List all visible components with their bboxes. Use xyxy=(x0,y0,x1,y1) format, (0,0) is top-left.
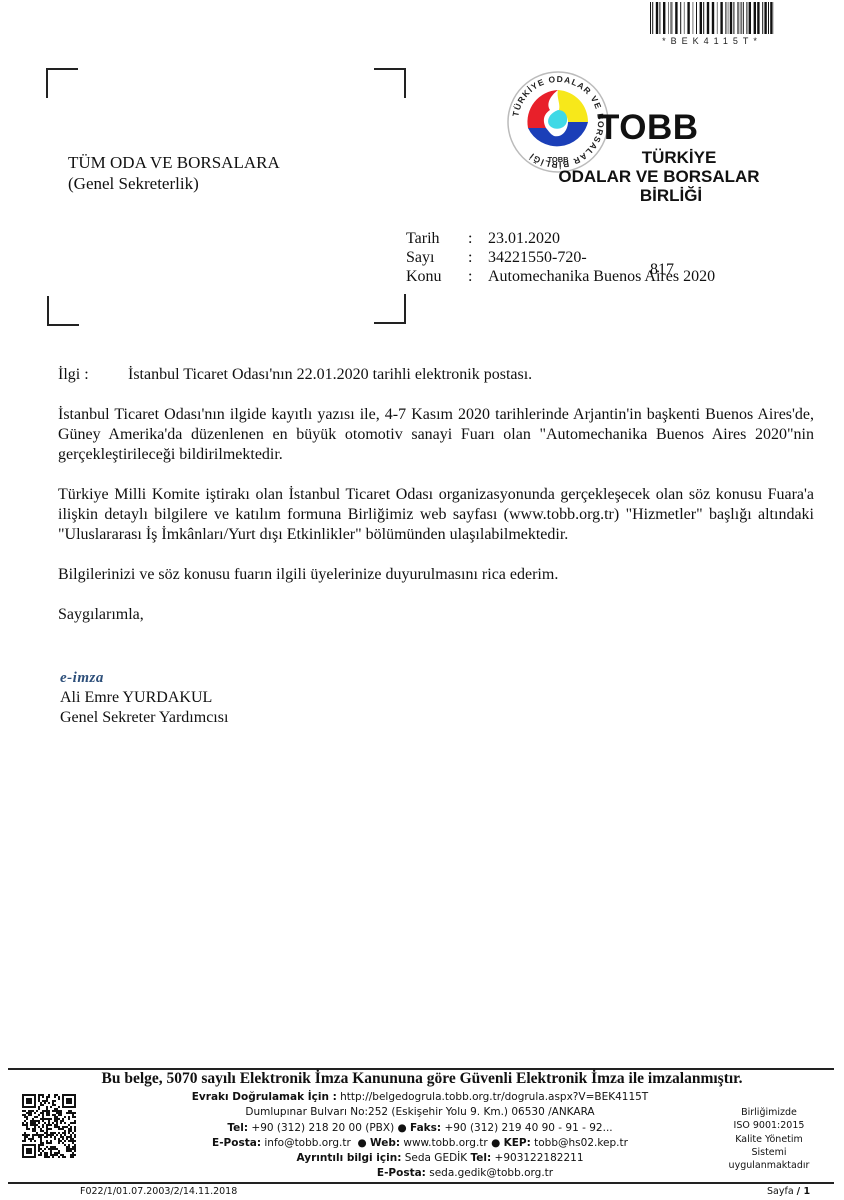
separator: : xyxy=(468,267,488,286)
subject-value: Automechanika Buenos Aires 2020 xyxy=(488,267,715,286)
footer-bottom-rule xyxy=(8,1182,834,1184)
subject-label: Konu xyxy=(406,267,468,286)
signatory-title: Genel Sekreter Yardımcısı xyxy=(60,708,228,728)
address-corner-top-right xyxy=(374,68,406,98)
organization-name-line1: TÜRKİYE xyxy=(544,148,774,167)
contact-line: Ayrıntılı bilgi için: Seda GEDİK Tel: +9… xyxy=(150,1151,690,1166)
number-value: 34221550-720- xyxy=(488,249,587,266)
reference-label: İlgi : xyxy=(58,365,128,385)
verify-line: Evrakı Doğrulamak İçin : http://belgedog… xyxy=(150,1090,690,1105)
contact-email-link[interactable]: seda.gedik@tobb.org.tr xyxy=(429,1167,553,1179)
web-link[interactable]: www.tobb.org.tr xyxy=(403,1137,487,1149)
logo-title: TOBB xyxy=(598,108,699,148)
footer-contact-block: Evrakı Doğrulamak İçin : http://belgedog… xyxy=(150,1090,690,1182)
recipient-department: (Genel Sekreterlik) xyxy=(68,173,280,194)
separator: : xyxy=(468,229,488,248)
verify-link[interactable]: http://belgedogrula.tobb.org.tr/dogrula.… xyxy=(340,1091,648,1103)
kep-link[interactable]: tobb@hs02.kep.tr xyxy=(534,1137,628,1149)
footer-esignature-notice: Bu belge, 5070 sayılı Elektronik İmza Ka… xyxy=(0,1070,844,1088)
reference-line: İlgi : İstanbul Ticaret Odası'nın 22.01.… xyxy=(58,365,814,385)
barcode-text: *BEK4115T* xyxy=(650,36,774,46)
number-value-wrap: 34221550-720- 817 xyxy=(488,248,587,267)
address-corner-bottom-left xyxy=(47,296,79,326)
paragraph-1: İstanbul Ticaret Odası'nın ilgide kayıtl… xyxy=(58,405,814,465)
barcode xyxy=(650,2,774,34)
email-link[interactable]: info@tobb.org.tr xyxy=(264,1137,350,1149)
meta-date-row: Tarih : 23.01.2020 xyxy=(406,229,715,248)
phone-line: Tel: +90 (312) 218 20 00 (PBX) ● Faks: +… xyxy=(150,1121,690,1136)
closing: Saygılarımla, xyxy=(58,605,814,625)
signatory-name: Ali Emre YURDAKUL xyxy=(60,688,228,708)
document-meta: Tarih : 23.01.2020 Sayı : 34221550-720- … xyxy=(406,229,715,286)
email-web-line: E-Posta: info@tobb.org.tr ● Web: www.tob… xyxy=(150,1136,690,1151)
signature-block: e-imza Ali Emre YURDAKUL Genel Sekreter … xyxy=(60,668,228,728)
qr-code-icon xyxy=(22,1094,76,1158)
paragraph-2: Türkiye Milli Komite iştirakı olan İstan… xyxy=(58,485,814,545)
number-label: Sayı xyxy=(406,248,468,267)
organization-name-line3: BİRLİĞİ xyxy=(544,186,774,205)
e-signature-mark: e-imza xyxy=(60,668,228,688)
recipient-block: TÜM ODA VE BORSALARA (Genel Sekreterlik) xyxy=(68,152,280,194)
date-value: 23.01.2020 xyxy=(488,229,560,248)
organization-name-line2: ODALAR VE BORSALAR xyxy=(544,167,774,186)
address-line: Dumlupınar Bulvarı No:252 (Eskişehir Yol… xyxy=(150,1105,690,1120)
date-label: Tarih xyxy=(406,229,468,248)
letter-body: İlgi : İstanbul Ticaret Odası'nın 22.01.… xyxy=(58,365,814,645)
address-corner-bottom-right xyxy=(374,294,406,324)
reference-text: İstanbul Ticaret Odası'nın 22.01.2020 ta… xyxy=(128,365,532,385)
paragraph-3: Bilgilerinizi ve söz konusu fuarın ilgil… xyxy=(58,565,814,585)
page-number: Sayfa / 1 xyxy=(767,1186,810,1197)
meta-number-row: Sayı : 34221550-720- 817 xyxy=(406,248,715,267)
organization-name: TÜRKİYE ODALAR VE BORSALAR BİRLİĞİ xyxy=(544,148,774,205)
iso-certification-note: Birliğimizde ISO 9001:2015 Kalite Yöneti… xyxy=(720,1106,818,1172)
meta-subject-row: Konu : Automechanika Buenos Aires 2020 xyxy=(406,267,715,286)
address-corner-top-left xyxy=(46,68,78,98)
recipient-name: TÜM ODA VE BORSALARA xyxy=(68,152,280,173)
form-code: F022/1/01.07.2003/2/14.11.2018 xyxy=(80,1186,237,1197)
separator: : xyxy=(468,248,488,267)
contact-email-line: E-Posta: seda.gedik@tobb.org.tr xyxy=(150,1166,690,1181)
